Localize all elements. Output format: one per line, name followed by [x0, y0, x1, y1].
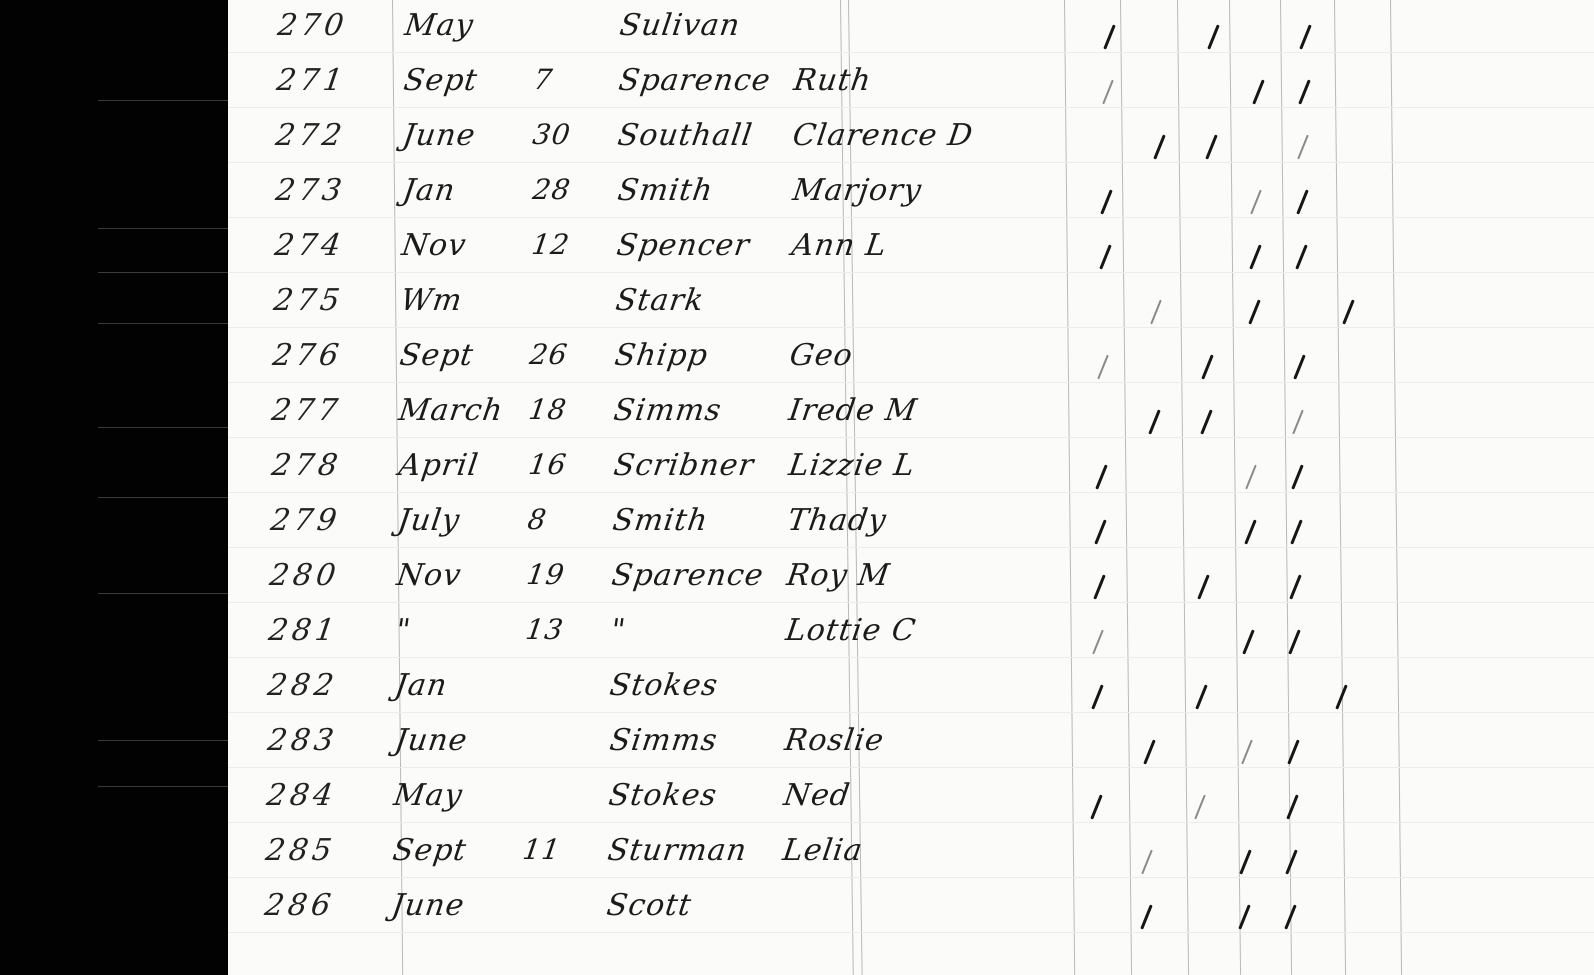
tally-mark: [1092, 684, 1105, 709]
entry-given-name: Ann L: [789, 228, 889, 263]
entry-surname: Stokes: [606, 778, 719, 813]
row-rule: [228, 382, 1594, 383]
entry-month: Sept: [398, 338, 476, 373]
scan-artifact: [98, 593, 228, 594]
entry-day: 18: [527, 393, 569, 426]
scan-artifact: [98, 272, 228, 273]
tally-mark: [1153, 134, 1166, 159]
entry-month: June: [392, 723, 469, 758]
tally-mark: [1207, 24, 1220, 49]
entry-surname: Sulivan: [618, 8, 743, 43]
entry-month: April: [396, 448, 480, 483]
tally-mark: [1249, 244, 1262, 269]
column-rule: [1229, 0, 1241, 975]
row-rule: [228, 657, 1594, 658]
entry-month: Sept: [402, 63, 480, 98]
entry-number: 272: [274, 118, 348, 153]
entry-given-name: Thady: [785, 503, 888, 538]
tally-mark: [1194, 795, 1206, 820]
scan-artifact: [98, 228, 228, 229]
tally-mark: [1241, 740, 1253, 765]
row-rule: [228, 52, 1594, 53]
entry-number: 283: [265, 723, 339, 758]
column-rule: [1390, 0, 1402, 975]
tally-mark: [1252, 79, 1265, 104]
tally-mark: [1093, 630, 1105, 655]
row-rule: [228, 162, 1594, 163]
tally-mark: [1201, 409, 1214, 434]
tally-mark: [1094, 574, 1107, 599]
column-rule: [1120, 0, 1132, 975]
tally-mark: [1291, 519, 1304, 544]
entry-number: 274: [272, 228, 346, 263]
tally-mark: [1243, 629, 1256, 654]
tally-mark: [1198, 574, 1211, 599]
entry-given-name: Roy M: [785, 558, 893, 593]
tally-mark: [1296, 189, 1309, 214]
scan-artifact: [98, 497, 228, 498]
tally-mark: [1141, 850, 1153, 875]
entry-month: Jan: [393, 668, 450, 703]
entry-number: 280: [268, 558, 342, 593]
row-rule: [228, 437, 1594, 438]
scan-artifact: [98, 427, 228, 428]
tally-mark: [1292, 464, 1305, 489]
entry-number: 277: [270, 393, 344, 428]
entry-number: 271: [275, 63, 349, 98]
column-rule: [1177, 0, 1189, 975]
entry-day: 7: [532, 63, 555, 96]
tally-mark: [1292, 410, 1304, 435]
entry-number: 270: [276, 8, 350, 43]
column-rule: [1280, 0, 1292, 975]
entry-month: May: [403, 8, 476, 43]
entry-surname: Scott: [605, 888, 694, 923]
entry-day: 19: [525, 558, 567, 591]
column-rule: [1064, 0, 1075, 975]
entry-month: ": [394, 613, 414, 648]
tally-mark: [1290, 574, 1303, 599]
row-rule: [228, 492, 1594, 493]
column-rule: [1334, 0, 1346, 975]
tally-mark: [1095, 519, 1108, 544]
tally-mark: [1103, 24, 1116, 49]
entry-day: 13: [524, 613, 566, 646]
entry-surname: Scribner: [611, 448, 756, 483]
entry-given-name: Clarence D: [791, 118, 976, 153]
entry-given-name: Irede M: [787, 393, 920, 428]
scan-artifact: [98, 100, 228, 101]
tally-mark: [1239, 849, 1252, 874]
entry-month: May: [391, 778, 464, 813]
tally-mark: [1097, 355, 1109, 380]
entry-number: 286: [263, 888, 337, 923]
entry-surname: Spencer: [614, 228, 752, 263]
row-rule: [228, 822, 1594, 823]
tally-mark: [1100, 189, 1113, 214]
row-rule: [228, 272, 1594, 273]
tally-mark: [1201, 354, 1214, 379]
tally-mark: [1297, 135, 1309, 160]
entry-surname: Smith: [610, 503, 710, 538]
entry-day: 8: [525, 503, 548, 536]
entry-month: Wm: [399, 283, 465, 318]
entry-given-name: Ned: [781, 778, 852, 813]
entry-month: Nov: [395, 558, 464, 593]
entry-given-name: Lelia: [781, 833, 866, 868]
entry-day: 28: [530, 173, 572, 206]
tally-mark: [1246, 465, 1258, 490]
tally-mark: [1143, 739, 1156, 764]
row-rule: [228, 712, 1594, 713]
tally-mark: [1293, 354, 1306, 379]
tally-mark: [1299, 24, 1312, 49]
entry-day: 12: [529, 228, 571, 261]
tally-mark: [1286, 794, 1299, 819]
entry-month: Nov: [399, 228, 468, 263]
tally-mark: [1342, 299, 1355, 324]
entry-number: 276: [271, 338, 345, 373]
entry-number: 275: [272, 283, 346, 318]
entry-given-name: Marjory: [790, 173, 924, 208]
entry-number: 278: [269, 448, 343, 483]
row-rule: [228, 602, 1594, 603]
entry-month: March: [397, 393, 506, 428]
entry-surname: Southall: [616, 118, 755, 153]
tally-mark: [1150, 300, 1162, 325]
entry-number: 281: [267, 613, 341, 648]
tally-mark: [1196, 684, 1209, 709]
tally-mark: [1248, 299, 1261, 324]
tally-mark: [1090, 794, 1103, 819]
entry-surname: Smith: [615, 173, 715, 208]
entry-given-name: Roslie: [782, 723, 886, 758]
entry-day: 26: [528, 338, 570, 371]
entry-given-name: Geo: [788, 338, 856, 373]
tally-mark: [1298, 79, 1311, 104]
tally-mark: [1245, 519, 1258, 544]
tally-mark: [1096, 464, 1109, 489]
entry-surname: Simms: [607, 723, 719, 758]
entry-surname: Sparence: [610, 558, 767, 593]
tally-mark: [1149, 409, 1162, 434]
scan-artifact: [98, 740, 228, 741]
entry-surname: Stark: [614, 283, 707, 318]
row-rule: [228, 327, 1594, 328]
entry-number: 282: [266, 668, 340, 703]
ledger-page: 270MaySulivan271Sept7SparenceRuth272June…: [228, 0, 1594, 975]
entry-number: 279: [268, 503, 342, 538]
entry-surname: Sparence: [617, 63, 774, 98]
row-rule: [228, 107, 1594, 108]
entry-surname: Shipp: [613, 338, 711, 373]
entry-day: 11: [521, 833, 563, 866]
tally-mark: [1250, 190, 1262, 215]
entry-day: 16: [526, 448, 568, 481]
row-rule: [228, 932, 1594, 933]
entry-given-name: Ruth: [792, 63, 874, 98]
entry-surname: Simms: [612, 393, 724, 428]
scan-artifact: [98, 786, 228, 787]
row-rule: [228, 217, 1594, 218]
tally-mark: [1099, 244, 1112, 269]
entry-month: Sept: [391, 833, 469, 868]
scan-margin: [0, 0, 228, 975]
entry-given-name: Lizzie L: [786, 448, 917, 483]
row-rule: [228, 767, 1594, 768]
entry-surname: Sturman: [606, 833, 750, 868]
entry-month: Jan: [400, 173, 457, 208]
tally-mark: [1295, 244, 1308, 269]
tally-mark: [1102, 80, 1114, 105]
tally-mark: [1140, 904, 1153, 929]
entry-month: June: [390, 888, 467, 923]
row-rule: [228, 877, 1594, 878]
entry-month: June: [401, 118, 478, 153]
entry-day: 30: [531, 118, 573, 151]
entry-number: 273: [273, 173, 347, 208]
entry-surname: Stokes: [608, 668, 721, 703]
entry-number: 284: [264, 778, 338, 813]
tally-mark: [1205, 134, 1218, 159]
tally-mark: [1285, 849, 1298, 874]
scan-artifact: [98, 323, 228, 324]
entry-surname: ": [609, 613, 629, 648]
entry-number: 285: [264, 833, 338, 868]
tally-mark: [1289, 629, 1302, 654]
row-rule: [228, 547, 1594, 548]
entry-given-name: Lottie C: [784, 613, 919, 648]
entry-month: July: [395, 503, 462, 538]
